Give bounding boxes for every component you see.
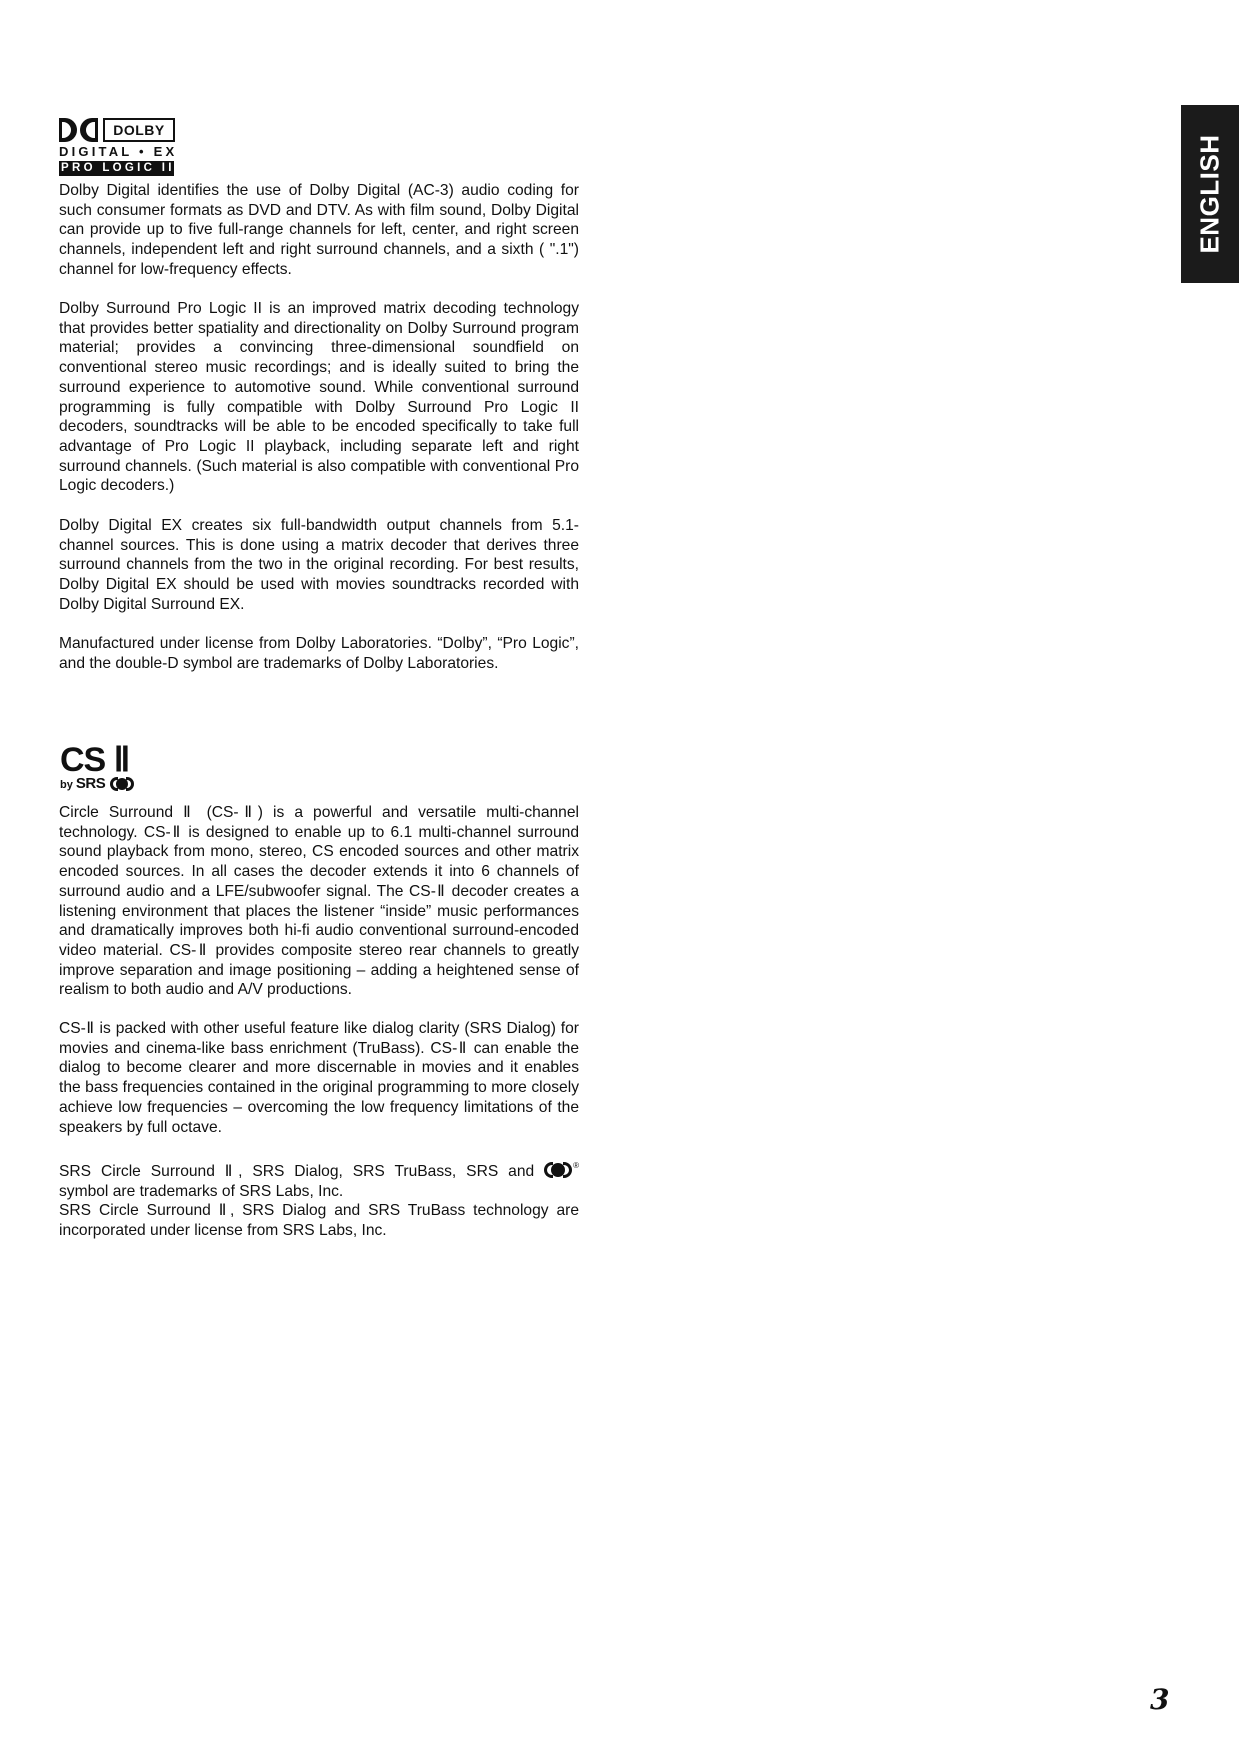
double-d-icon <box>59 118 99 142</box>
dolby-trademark-paragraph: Manufactured under license from Dolby La… <box>59 634 579 673</box>
cs-ii-wordmark: CS Ⅱ <box>60 742 129 778</box>
digital-ex-paragraph: Dolby Digital EX creates six full-bandwi… <box>59 516 579 615</box>
page-number: 3 <box>1150 1684 1169 1716</box>
srs-license-paragraph: SRS Circle Surround Ⅱ, SRS Dialog and SR… <box>59 1201 579 1240</box>
by-srs-wordmark: by SRS <box>60 777 134 792</box>
cs-ii-features-paragraph: CS-Ⅱ is packed with other useful feature… <box>59 1019 579 1137</box>
pro-logic-ii-wordmark: PRO LOGIC II <box>59 161 174 176</box>
language-tab-label: ENGLISH <box>1195 134 1226 253</box>
srs-trademark-owner: symbol are trademarks of SRS Labs, Inc. <box>59 1182 579 1202</box>
dolby-digital-ex-prologic-logo: DOLBY DIGITAL • EX PRO LOGIC II <box>59 118 174 176</box>
cs-ii-srs-logo: CS Ⅱ by SRS <box>60 748 150 794</box>
pro-logic-ii-paragraph: Dolby Surround Pro Logic II is an improv… <box>59 299 579 496</box>
circle-surround-paragraph: Circle Surround Ⅱ (CS-Ⅱ) is a powerful a… <box>59 803 579 1000</box>
srs-circle-icon <box>544 1162 572 1178</box>
srs-trademark-line: SRS Circle Surround Ⅱ, SRS Dialog, SRS T… <box>59 1156 579 1182</box>
language-tab-english: ENGLISH <box>1181 105 1239 283</box>
dolby-digital-paragraph: Dolby Digital identifies the use of Dolb… <box>59 181 579 280</box>
dolby-wordmark: DOLBY <box>103 118 175 142</box>
srs-trademark-block: SRS Circle Surround Ⅱ, SRS Dialog, SRS T… <box>59 1156 579 1241</box>
srs-circle-icon <box>110 777 134 791</box>
digital-ex-wordmark: DIGITAL • EX <box>59 145 174 159</box>
